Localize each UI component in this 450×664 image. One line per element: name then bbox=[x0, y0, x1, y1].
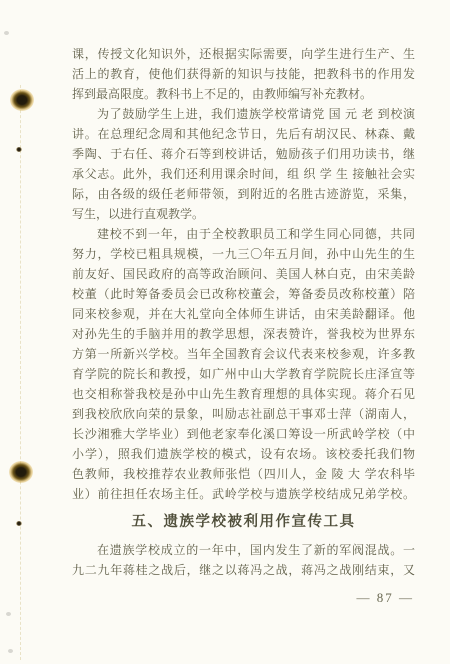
scanned-book-page: 课，传授文化知识外，还根据实际需要，向学生进行生产、生 活上的教育，使他们获得新… bbox=[0, 0, 450, 664]
section-heading: 五、遗族学校被利用作宣传工具 bbox=[72, 512, 415, 532]
text-line: 也交相称誉我校是孙中山先生教育理想的具体实现。蒋介石见 bbox=[72, 384, 415, 404]
text-line: 努力，学校已粗具规模，一九三〇年五月间，孙中山先生的生 bbox=[72, 244, 415, 264]
text-line: 方第一所新兴学校。当年全国教育会议代表来校参观，许多教 bbox=[72, 344, 415, 364]
text-line: 课，传授文化知识外，还根据实际需要，向学生进行生产、生 bbox=[72, 44, 415, 64]
text-line: 九二九年蒋桂之战后，继之以蒋冯之战，蒋冯之战刚结束，又 bbox=[72, 560, 415, 580]
text-line: 建校不到一年，由于全校教职员工和学生同心同德，共同 bbox=[72, 224, 415, 244]
paragraph-2: 为了鼓励学生上进，我们遗族学校常请党 国 元 老 到校演 讲。在总理纪念周和其他… bbox=[72, 104, 415, 224]
text-line: 长沙湘雅大学毕业）到他老家奉化溪口筹设一所武岭学校（中 bbox=[72, 424, 415, 444]
text-column: 课，传授文化知识外，还根据实际需要，向学生进行生产、生 活上的教育，使他们获得新… bbox=[72, 44, 415, 580]
paragraph-3: 建校不到一年，由于全校教职员工和学生同心同德，共同 努力，学校已粗具规模，一九三… bbox=[72, 224, 415, 504]
scan-smudge bbox=[4, 31, 9, 35]
text-line: 为了鼓励学生上进，我们遗族学校常请党 国 元 老 到校演 bbox=[72, 104, 415, 124]
text-line: 业）前往担任农场主任。武岭学校与遗族学校结成兄弟学校。 bbox=[72, 484, 415, 504]
page-number: — 87 — bbox=[357, 590, 415, 606]
ink-speck bbox=[16, 147, 22, 152]
ink-blot bbox=[10, 89, 34, 111]
text-line: 前友好、国民政府的高等政治顾问、美国人林白克，由宋美龄 bbox=[72, 264, 415, 284]
scan-smudge bbox=[6, 612, 11, 616]
text-line: 写生，以进行直观教学。 bbox=[72, 204, 415, 224]
text-line: 活上的教育，使他们获得新的知识与技能，把教科书的作用发 bbox=[72, 64, 415, 84]
paragraph-1: 课，传授文化知识外，还根据实际需要，向学生进行生产、生 活上的教育，使他们获得新… bbox=[72, 44, 415, 104]
ink-speck bbox=[16, 521, 22, 526]
text-line: 挥到最高限度。教科书上不足的，由教师编写补充教材。 bbox=[72, 84, 415, 104]
text-line: 育学院的院长和教授，如广州中山大学教育学院院长庄泽宣等 bbox=[72, 364, 415, 384]
text-line: 小学），照我们遗族学校的模式，设有农场。该校委托我们物 bbox=[72, 444, 415, 464]
text-line: 承父志。此外，我们还利用课余时间，组 织 学 生 接触社会实 bbox=[72, 164, 415, 184]
text-line: 校董（此时筹备委员会已改称校董会，筹备委员改称校董）陪 bbox=[72, 284, 415, 304]
text-line: 对孙先生的手脑并用的教学思想，深表赞许，誉我校为世界东 bbox=[72, 324, 415, 344]
text-line: 在遗族学校成立的一年中，国内发生了新的军阀混战。一 bbox=[72, 540, 415, 560]
paragraph-4: 在遗族学校成立的一年中，国内发生了新的军阀混战。一 九二九年蒋桂之战后，继之以蒋… bbox=[72, 540, 415, 580]
text-line: 色教师，我校推荐农业教师张恺（四川人，金 陵 大 学农科毕 bbox=[72, 464, 415, 484]
text-line: 到我校欣欣向荣的景象，叫励志社副总干事邓士萍（湖南人， bbox=[72, 404, 415, 424]
ink-blot bbox=[9, 461, 33, 483]
scan-smudge bbox=[8, 649, 13, 653]
binding-perforation-line bbox=[20, 85, 21, 660]
text-line: 际，由各级的级任老师带领，到附近的名胜古迹游览，采集， bbox=[72, 184, 415, 204]
text-line: 讲。在总理纪念周和其他纪念节日，先后有胡汉民、林森、戴 bbox=[72, 124, 415, 144]
text-line: 同来校参观，并在大礼堂向全体师生讲话，由宋美龄翻译。他 bbox=[72, 304, 415, 324]
text-line: 季陶、于右任、蒋介石等到校讲话，勉励孩子们用功读书，继 bbox=[72, 144, 415, 164]
